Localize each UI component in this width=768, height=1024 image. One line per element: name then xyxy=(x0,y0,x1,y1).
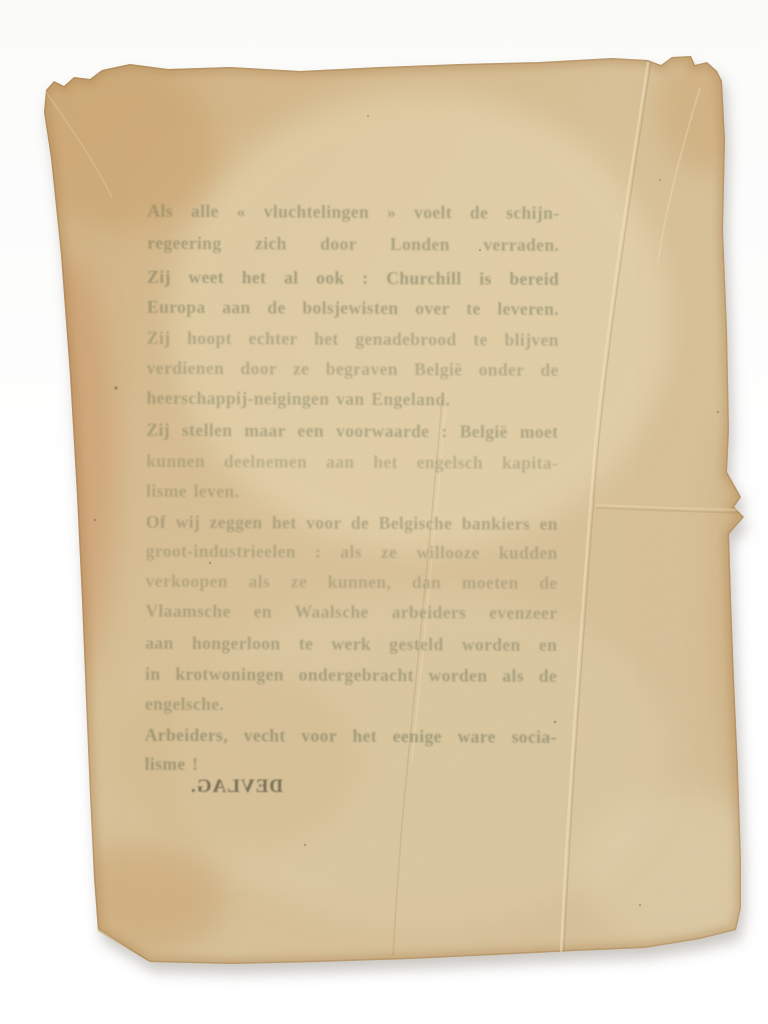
signature-devlag: DEVLAG. xyxy=(190,776,283,798)
text-layer: Als alle « vluchtelingen » voelt de schi… xyxy=(0,0,768,1024)
text-line: Zij stellen maar een voorwaarde : België… xyxy=(146,420,558,442)
text-line: Als alle « vluchtelingen » voelt de schi… xyxy=(147,201,559,223)
text-line: Vlaamsche en Waalsche arbeiders evenzeer xyxy=(145,601,557,623)
text-line: engelsche. xyxy=(145,694,557,716)
text-line: Zij weet het al ook : Churchill is berei… xyxy=(147,267,559,289)
text-line: heerschappij-neigingen van Engeland. xyxy=(146,388,558,410)
text-line: verdienen door ze begraven België onder … xyxy=(147,358,559,380)
text-line: aan hongerloon te werk gesteld worden en xyxy=(145,633,557,655)
text-line: Europa aan de bolsjewisten over te lever… xyxy=(147,297,559,319)
text-line: in krotwoningen ondergebracht worden als… xyxy=(145,664,557,686)
text-line: verkoopen als ze kunnen, dan moeten de xyxy=(146,571,558,593)
text-line: Arbeiders, vecht voor het eenige ware so… xyxy=(145,725,557,747)
photo-background: Als alle « vluchtelingen » voelt de schi… xyxy=(0,0,768,1024)
text-line: kunnen deelnemen aan het engelsch kapita… xyxy=(146,451,558,473)
text-line: Zij hoopt echter het genadebrood te blij… xyxy=(147,328,559,350)
text-line: groot-industrieelen : als ze willooze ku… xyxy=(146,541,558,563)
text-line: lisme leven. xyxy=(146,481,558,503)
text-line: regeering zich door Londen verraden. xyxy=(147,233,559,255)
text-line: Of wij zeggen het voor de Belgische bank… xyxy=(146,512,558,534)
text-line: lisme ! xyxy=(145,754,557,776)
